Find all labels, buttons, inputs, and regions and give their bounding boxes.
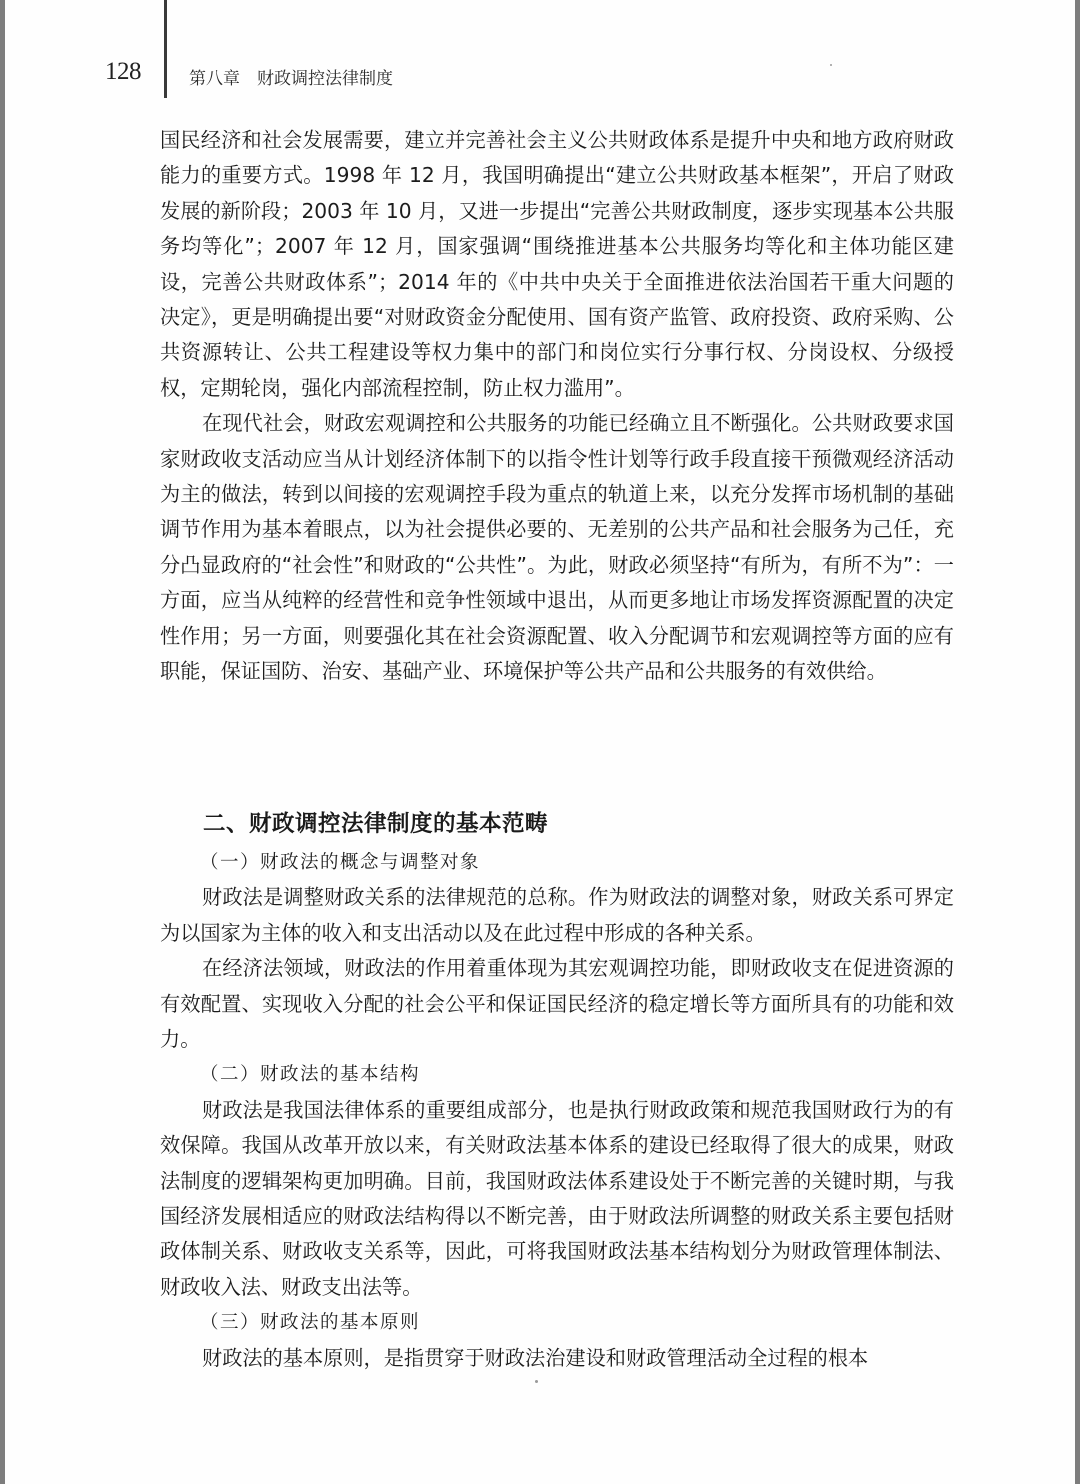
scan-speck	[830, 64, 832, 66]
subheading: （三）财政法的基本原则	[160, 1305, 954, 1340]
scan-border-right	[1075, 0, 1080, 1484]
paragraph: 在现代社会，财政宏观调控和公共服务的功能已经确立且不断强化。公共财政要求国家财政…	[160, 406, 954, 689]
page-number: 128	[105, 58, 141, 86]
paragraph: 财政法是调整财政关系的法律规范的总称。作为财政法的调整对象，财政关系可界定为以国…	[160, 880, 954, 951]
paragraph: 财政法是我国法律体系的重要组成部分，也是执行财政政策和规范我国财政行为的有效保障…	[160, 1093, 954, 1305]
section-title: 二、财政调控法律制度的基本范畴	[203, 806, 548, 838]
body-text-upper: 国民经济和社会发展需要，建立并完善社会主义公共财政体系是提升中央和地方政府财政能…	[160, 123, 954, 690]
header-divider	[164, 0, 167, 98]
paragraph: 财政法的基本原则，是指贯穿于财政法治建设和财政管理活动全过程的根本	[160, 1341, 954, 1376]
body-text-lower: （一）财政法的概念与调整对象 财政法是调整财政关系的法律规范的总称。作为财政法的…	[160, 845, 954, 1376]
paragraph: 国民经济和社会发展需要，建立并完善社会主义公共财政体系是提升中央和地方政府财政能…	[160, 123, 954, 406]
subheading: （一）财政法的概念与调整对象	[160, 845, 954, 880]
paragraph: 在经济法领域，财政法的作用着重体现为其宏观调控功能，即财政收支在促进资源的有效配…	[160, 951, 954, 1057]
subheading: （二）财政法的基本结构	[160, 1057, 954, 1092]
scan-speck	[535, 1380, 538, 1383]
running-head: 第八章 财政调控法律制度	[189, 64, 393, 89]
